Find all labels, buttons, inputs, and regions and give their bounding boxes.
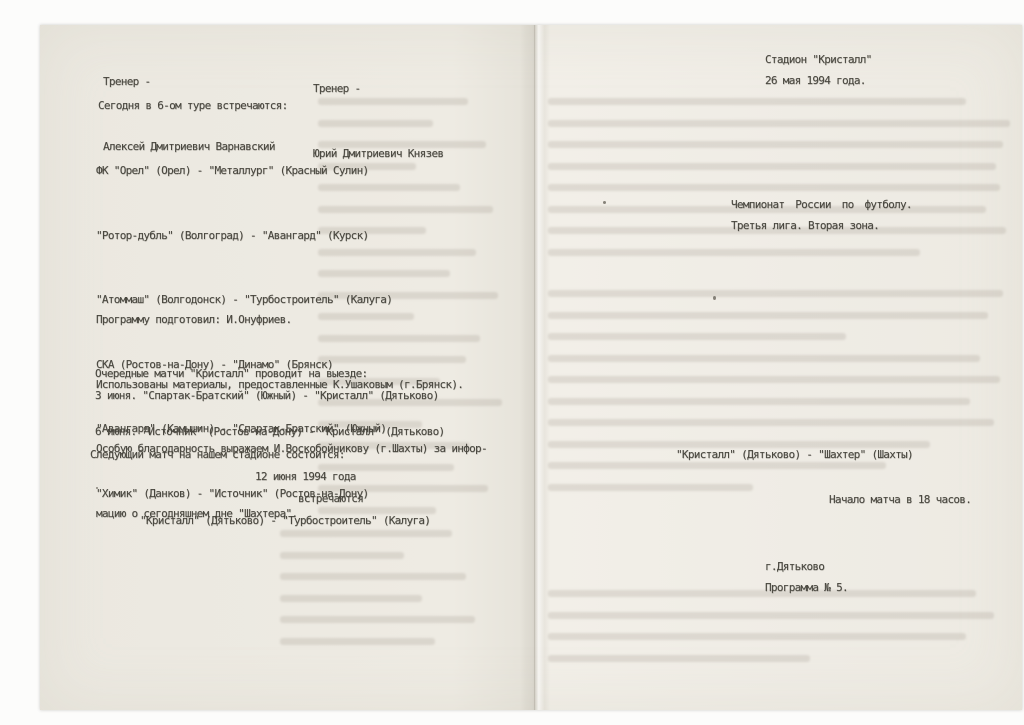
paper-sheet: Тренер - Алексей Дмитриевич Варнавский Т… [40, 25, 1022, 710]
kickoff-time: Начало матча в 18 часов. [829, 489, 971, 511]
programme-number: Программа № 5. [765, 577, 848, 599]
match-date: 26 мая 1994 года. [765, 70, 866, 92]
bleed-through-text [548, 290, 1003, 505]
bleed-through-text [548, 590, 994, 676]
match-line: "Ротор-дубль" (Волгоград) - "Авангард" (… [96, 225, 392, 247]
todays-round-heading: Сегодня в 6-ом туре встречаются: [98, 95, 288, 117]
dust-speck [603, 201, 606, 204]
next-home-versus-label: встречаются [298, 488, 363, 510]
dust-speck [713, 296, 716, 300]
page-fold [520, 25, 550, 710]
credits-line: Программу подготовил: И.Онуфриев. [96, 309, 487, 331]
scanned-programme: Тренер - Алексей Дмитриевич Варнавский Т… [0, 0, 1024, 725]
coach-label: Тренер - [103, 71, 275, 93]
next-home-heading: Следующий матч на нашем стадионе состоит… [90, 444, 345, 466]
main-fixture: "Кристалл" (Дятьково) - "Шахтер" (Шахты) [676, 444, 913, 466]
next-home-date: 12 июня 1994 года [255, 466, 356, 488]
away-match-line: 3 июня. "Спартак-Братский" (Южный) - "Кр… [95, 385, 439, 407]
match-line: ФК "Орел" (Орел) - "Металлург" (Красный … [96, 160, 392, 182]
competition-title: Чемпионат России по футболу. [731, 194, 912, 216]
city-name: г.Дятьково [765, 556, 824, 578]
bleed-through-text [548, 98, 1010, 270]
division-title: Третья лига. Вторая зона. [731, 215, 879, 237]
away-match-line: 6 июня. "Источник" (Ростов-на-Дону) - "К… [95, 421, 444, 443]
next-home-fixture: "Кристалл" (Дятьково) - "Турбостроитель"… [140, 510, 430, 532]
away-matches-heading: Очередные матчи "Кристалл" проводит на в… [95, 363, 367, 385]
coach-label: Тренер - [313, 78, 443, 100]
stadium-name: Стадион "Кристалл" [765, 49, 872, 71]
fold-crease-line [534, 25, 535, 710]
